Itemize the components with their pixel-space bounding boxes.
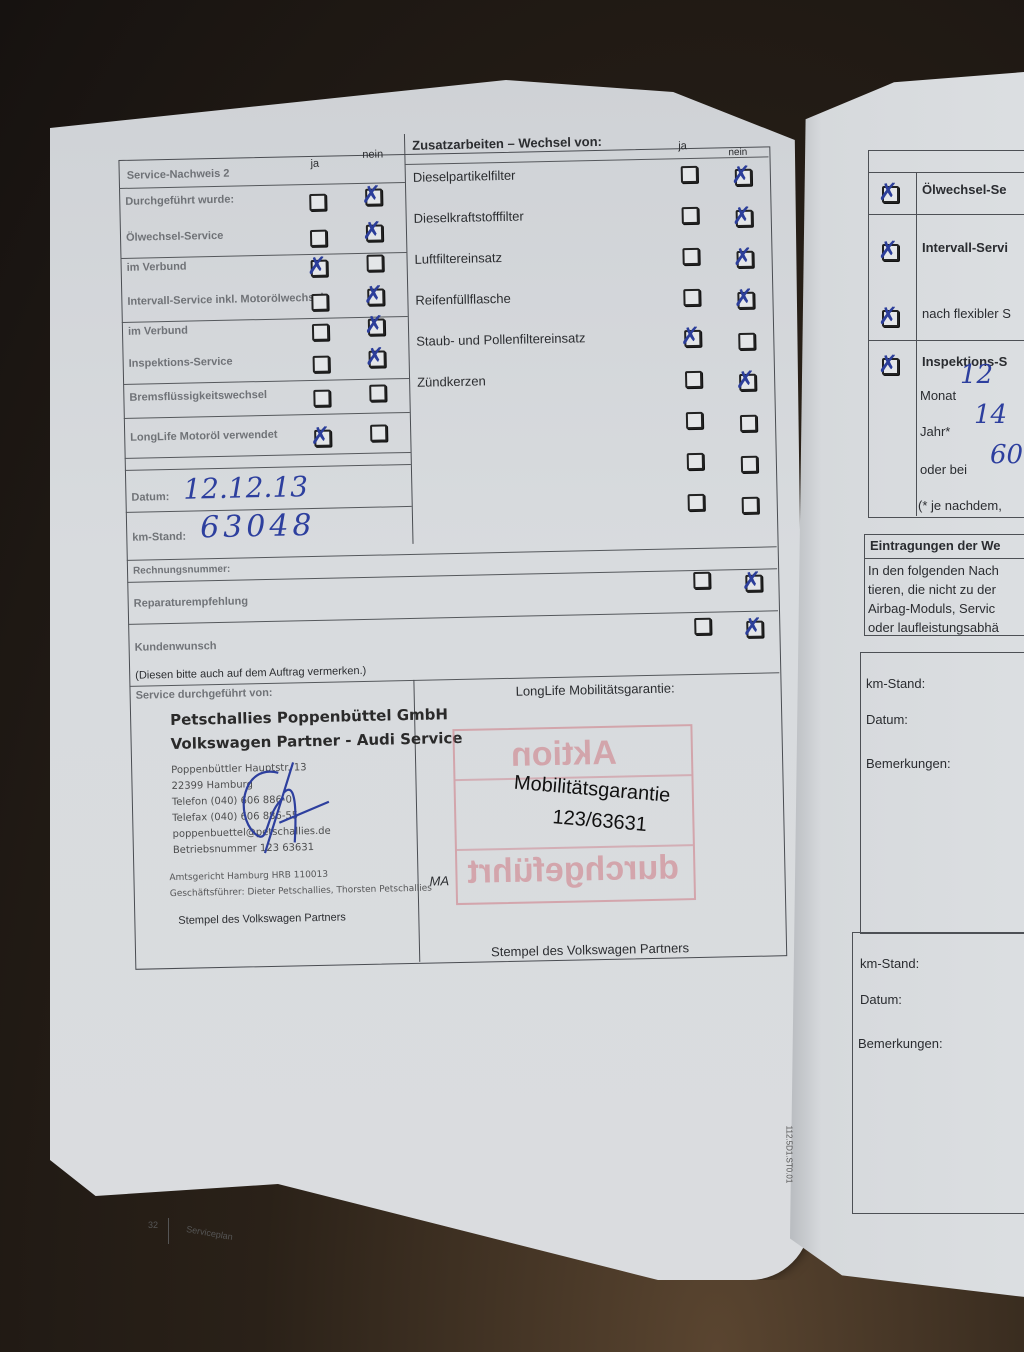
eintrag-line: tieren, die nicht zu der bbox=[868, 582, 996, 597]
footer-section: Serviceplan bbox=[185, 1224, 233, 1242]
right-divider bbox=[916, 172, 917, 516]
eintrag-line: In den folgenden Nach bbox=[868, 563, 999, 578]
col-ja: ja bbox=[310, 158, 319, 170]
datum-handwritten[interactable]: 12.12.13 bbox=[183, 470, 308, 506]
service-record-form: Service-Nachweis 2 ja nein Durchgeführt … bbox=[118, 126, 787, 969]
extra-row-ja-checkbox[interactable] bbox=[682, 248, 699, 265]
entry-bemerkungen-label: Bemerkungen: bbox=[866, 756, 951, 771]
extra-row-ja-checkbox[interactable] bbox=[683, 289, 700, 306]
entry-km-label: km-Stand: bbox=[860, 956, 919, 971]
service-row-ja-checkbox[interactable] bbox=[312, 324, 329, 341]
entry-datum-label: Datum: bbox=[866, 712, 908, 727]
reparatur-nein-checkbox[interactable] bbox=[745, 575, 762, 592]
right-checklist-label: nach flexibler S bbox=[922, 306, 1011, 321]
extra-row-nein-checkbox[interactable] bbox=[736, 251, 753, 268]
extra-row-label: Reifenfüllflasche bbox=[415, 291, 511, 308]
service-row-ja-checkbox[interactable] bbox=[313, 356, 330, 373]
entry-block-1 bbox=[860, 652, 1024, 934]
extra-row-label: Zündkerzen bbox=[417, 373, 486, 389]
right-checklist-checkbox[interactable] bbox=[882, 244, 899, 261]
service-row-ja-checkbox[interactable] bbox=[311, 294, 328, 311]
oder-bei-value[interactable]: 60 bbox=[990, 440, 1023, 470]
service-row-ja-checkbox[interactable] bbox=[311, 260, 328, 277]
eintrag-title: Eintragungen der We bbox=[870, 538, 1001, 553]
service-row-label: Ölwechsel-Service bbox=[126, 230, 223, 244]
col-nein: nein bbox=[362, 148, 383, 160]
extra-row-nein-checkbox[interactable] bbox=[742, 497, 759, 514]
kundenwunsch-nein-checkbox[interactable] bbox=[746, 621, 763, 638]
service-row-nein-checkbox[interactable] bbox=[366, 254, 383, 271]
datum-label: Datum: bbox=[131, 491, 169, 504]
kundenwunsch-ja-checkbox[interactable] bbox=[694, 618, 711, 635]
eintrag-divider bbox=[864, 558, 1024, 559]
extra-row-nein-checkbox[interactable] bbox=[738, 333, 755, 350]
service-row-ja-checkbox[interactable] bbox=[310, 230, 327, 247]
monat-value[interactable]: 12 bbox=[960, 360, 993, 390]
extra-row-ja-checkbox[interactable] bbox=[681, 166, 698, 183]
entry-km-label: km-Stand: bbox=[866, 676, 925, 691]
oder-bei-label: oder bei bbox=[920, 462, 967, 477]
jahr-label: Jahr* bbox=[920, 424, 950, 439]
extra-row-ja-checkbox[interactable] bbox=[688, 494, 705, 511]
service-row-nein-checkbox[interactable] bbox=[366, 224, 383, 241]
footer-page-number: 32 bbox=[148, 1220, 158, 1230]
eintrag-line: oder laufleistungsabhä bbox=[868, 620, 999, 635]
extra-row-ja-checkbox[interactable] bbox=[685, 371, 702, 388]
right-checklist-checkbox[interactable] bbox=[882, 186, 899, 203]
km-handwritten[interactable]: 63048 bbox=[200, 508, 316, 545]
right-checklist-label: Intervall-Servi bbox=[922, 240, 1008, 255]
service-row-ja-checkbox[interactable] bbox=[309, 194, 326, 211]
service-row-label: Durchgeführt wurde: bbox=[125, 194, 234, 208]
service-row-label: im Verbund bbox=[127, 261, 187, 274]
service-row-nein-checkbox[interactable] bbox=[370, 424, 387, 441]
extra-row-nein-checkbox[interactable] bbox=[736, 210, 753, 227]
footnote: (* je nachdem, bbox=[918, 498, 1002, 513]
red-stamp-bottom: durchgeführt bbox=[467, 848, 679, 891]
extra-col-ja: ja bbox=[678, 140, 687, 152]
service-row-nein-checkbox[interactable] bbox=[368, 318, 385, 335]
jahr-value[interactable]: 14 bbox=[974, 400, 1007, 430]
print-code: 112.5D1.ST0.01 bbox=[784, 1126, 793, 1184]
service-row-label: Inspektions-Service bbox=[129, 356, 233, 370]
service-row-ja-checkbox[interactable] bbox=[313, 390, 330, 407]
service-row-nein-checkbox[interactable] bbox=[368, 350, 385, 367]
right-checklist-label: Ölwechsel-Se bbox=[922, 182, 1007, 197]
service-row-nein-checkbox[interactable] bbox=[365, 188, 382, 205]
reparatur-label: Reparaturempfehlung bbox=[134, 595, 249, 609]
kundenwunsch-label: Kundenwunsch bbox=[135, 640, 217, 654]
monat-label: Monat bbox=[920, 388, 956, 403]
service-row-nein-checkbox[interactable] bbox=[367, 288, 384, 305]
section-title: Service-Nachweis 2 bbox=[127, 168, 230, 182]
eintrag-line: Airbag-Moduls, Servic bbox=[868, 601, 995, 616]
right-checklist-checkbox[interactable] bbox=[882, 310, 899, 327]
extra-row-label: Dieselpartikelfilter bbox=[413, 168, 516, 185]
entry-bemerkungen-label: Bemerkungen: bbox=[858, 1036, 943, 1051]
service-row-ja-checkbox[interactable] bbox=[314, 430, 331, 447]
extra-row-ja-checkbox[interactable] bbox=[684, 330, 701, 347]
service-row-nein-checkbox[interactable] bbox=[369, 384, 386, 401]
extra-row-nein-checkbox[interactable] bbox=[735, 169, 752, 186]
extra-row-ja-checkbox[interactable] bbox=[682, 207, 699, 224]
extra-row-nein-checkbox[interactable] bbox=[740, 415, 757, 432]
entry-block-2 bbox=[852, 932, 1024, 1214]
extra-row-label: Luftfiltereinsatz bbox=[414, 250, 502, 267]
signature bbox=[223, 752, 335, 864]
right-checklist-checkbox[interactable] bbox=[882, 358, 899, 375]
footer-divider bbox=[168, 1218, 169, 1244]
reparatur-ja-checkbox[interactable] bbox=[693, 572, 710, 589]
extra-row-label: Dieselkraftstofffilter bbox=[414, 209, 524, 226]
service-row-label: im Verbund bbox=[128, 325, 188, 338]
initials: MA bbox=[429, 873, 449, 888]
red-stamp-top: Aktion bbox=[511, 734, 618, 775]
rechnungsnummer-label: Rechnungsnummer: bbox=[133, 564, 230, 577]
extra-row-ja-checkbox[interactable] bbox=[687, 453, 704, 470]
extra-row-nein-checkbox[interactable] bbox=[739, 374, 756, 391]
extra-row-nein-checkbox[interactable] bbox=[741, 456, 758, 473]
km-label: km-Stand: bbox=[132, 531, 186, 544]
entry-datum-label: Datum: bbox=[860, 992, 902, 1007]
extra-row-nein-checkbox[interactable] bbox=[737, 292, 754, 309]
extra-row-ja-checkbox[interactable] bbox=[686, 412, 703, 429]
